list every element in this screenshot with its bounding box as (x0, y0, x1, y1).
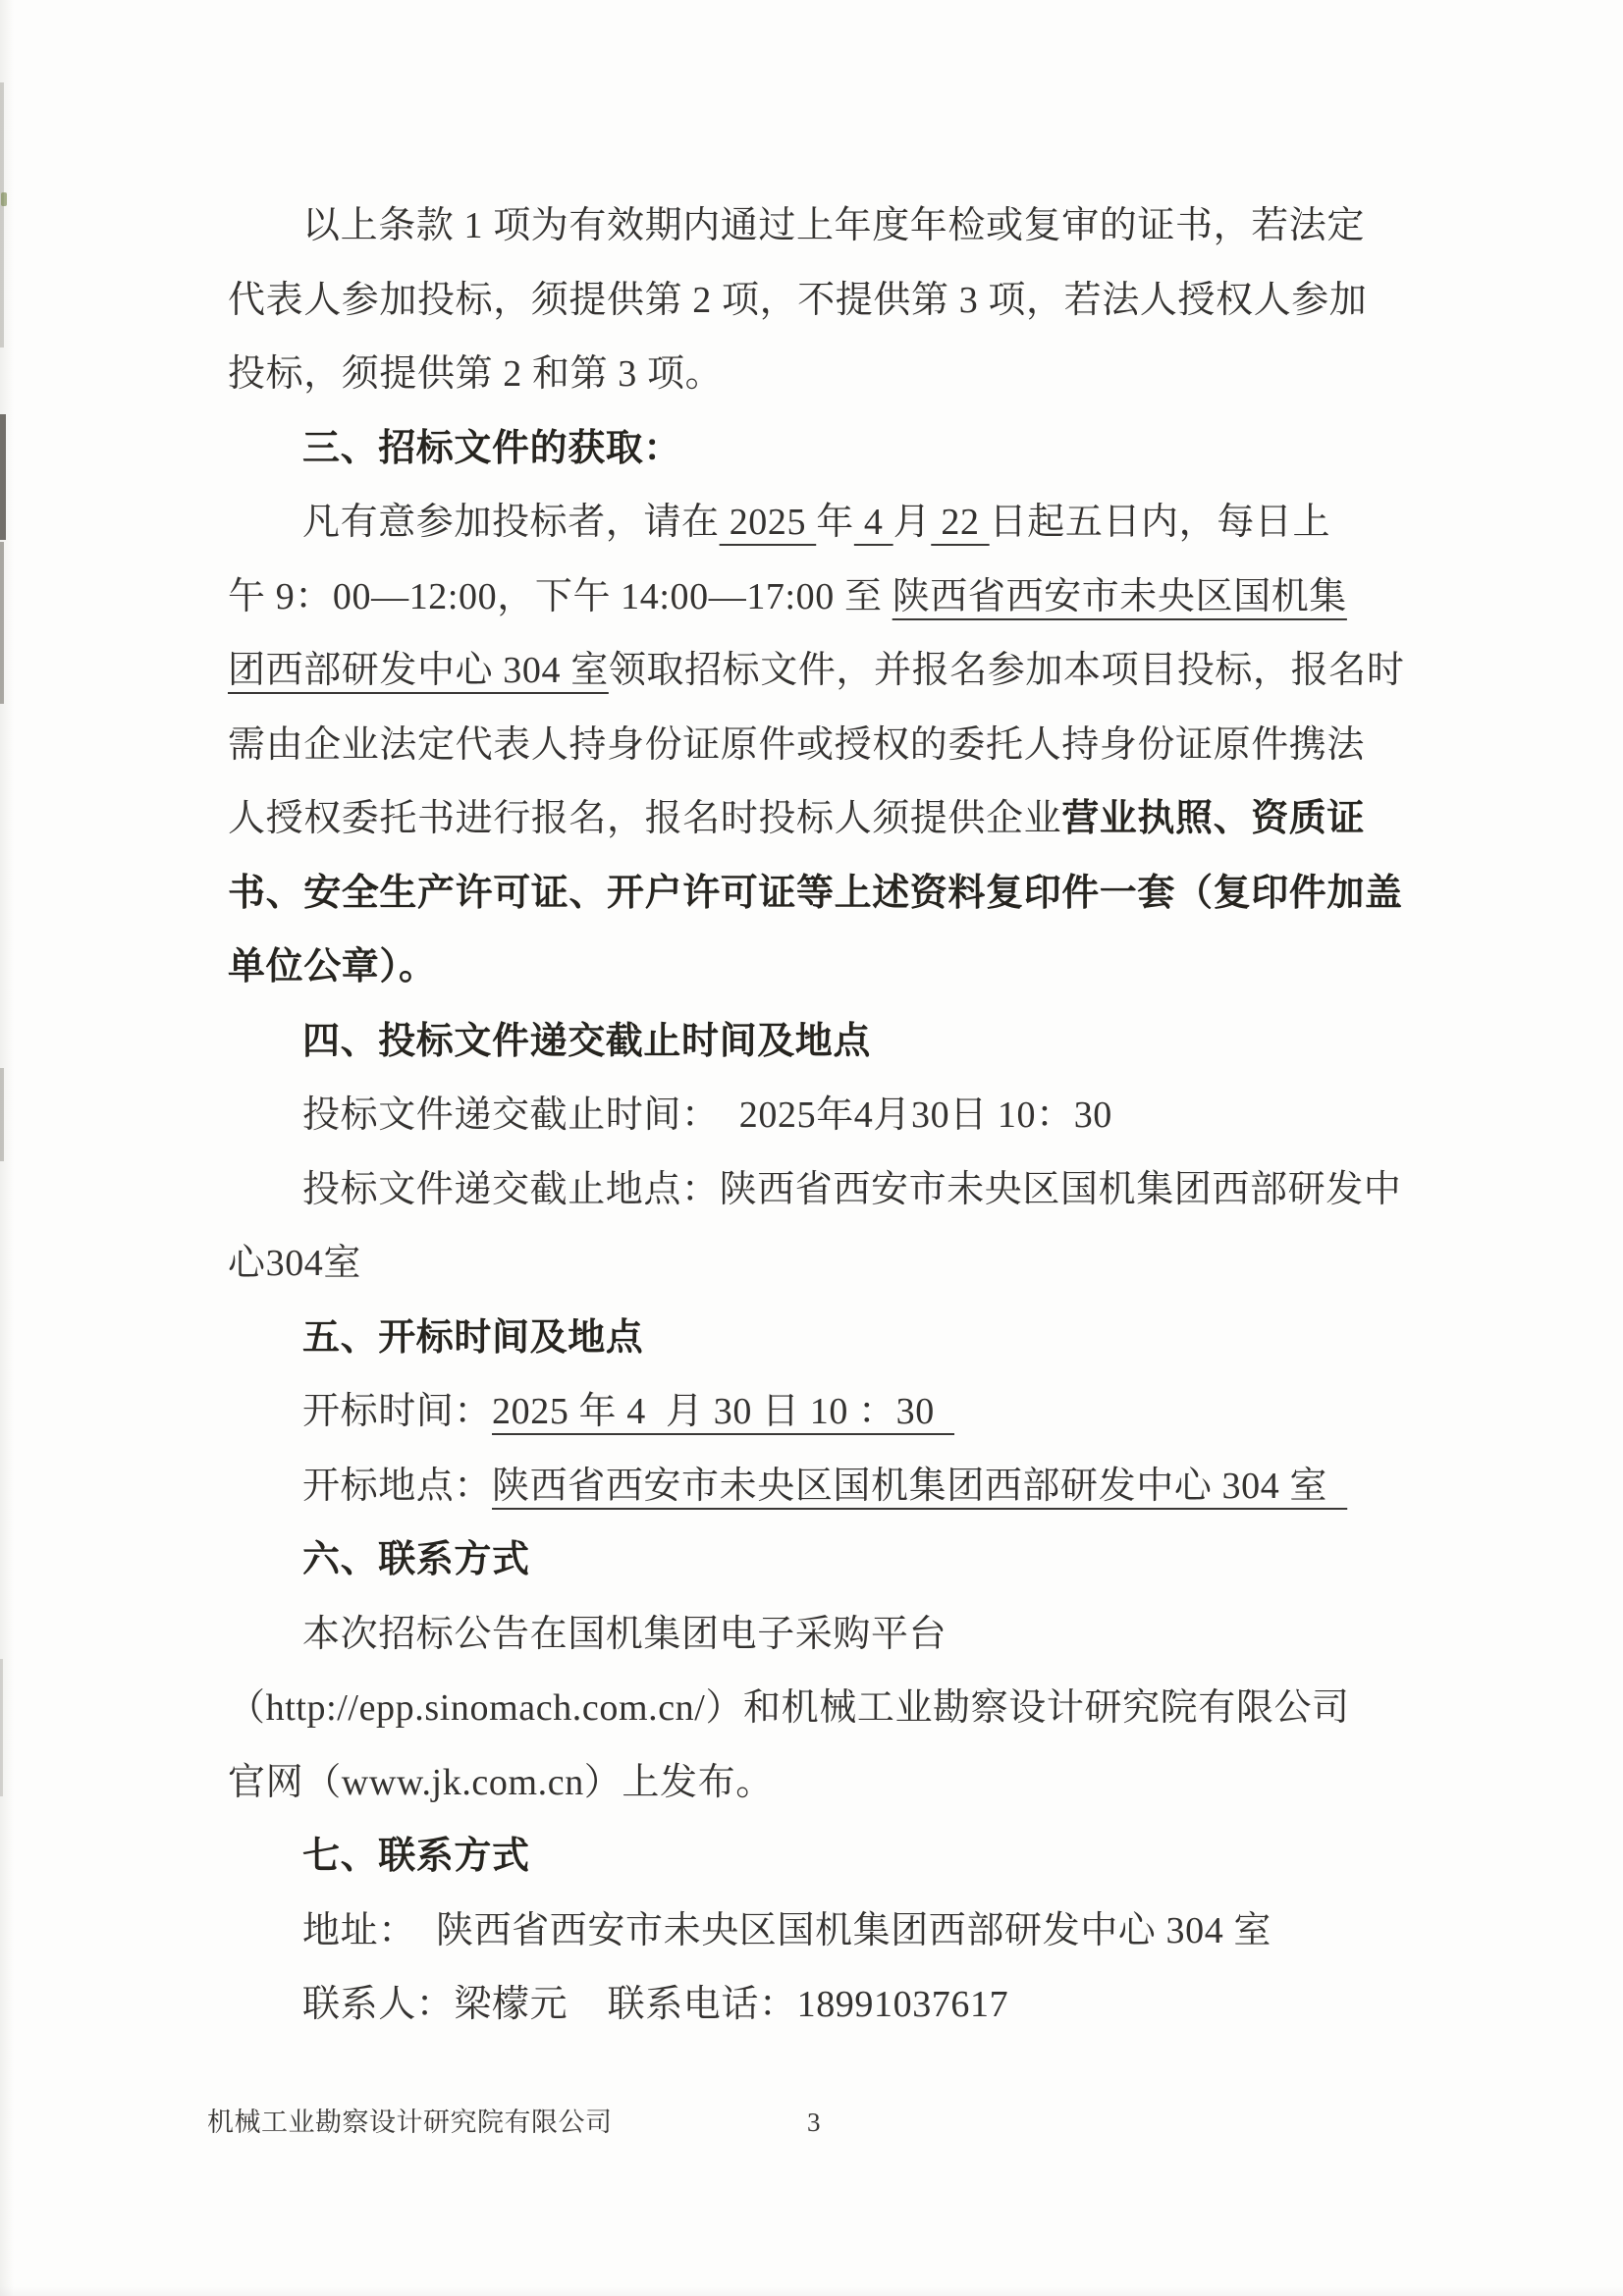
text-line: 书、安全生产许可证、开户许可证等上述资料复印件一套（复印件加盖 (228, 857, 1406, 932)
scanned-document-page: 以上条款 1 项为有效期内通过上年度年检或复审的证书，若法定代表人参加投标，须提… (0, 0, 1623, 2296)
text-run: 本次招标公告在国机集团电子采购平台 (302, 1614, 947, 1655)
scan-artifact (1, 192, 7, 206)
text-run: 人授权委托书进行报名，报名时投标人须提供企业 (228, 798, 1061, 839)
bold-text: 单位公章）。 (228, 946, 437, 988)
text-run: 午 9：00—12:00，下午 14:00—17:00 至 (228, 576, 893, 617)
section-heading: 七、联系方式 (228, 1820, 1406, 1895)
text-line: 本次招标公告在国机集团电子采购平台 (228, 1598, 1406, 1673)
section-heading: 五、开标时间及地点 (228, 1302, 1406, 1376)
text-line: 心304室 (228, 1227, 1406, 1302)
scan-artifact (0, 1659, 3, 1796)
text-run: （http://epp.sinomach.com.cn/）和机械工业勘察设计研究… (228, 1687, 1350, 1729)
text-line: 投标文件递交截止地点：陕西省西安市未央区国机集团西部研发中 (228, 1153, 1406, 1228)
text-run: 联系人：梁檬元 联系电话：18991037617 (302, 1984, 1008, 2025)
scan-artifact (0, 542, 4, 704)
footer-page-number: 3 (807, 2101, 821, 2144)
text-run: 开标时间： (302, 1391, 492, 1432)
scan-artifact (0, 82, 4, 347)
text-line: 单位公章）。 (228, 931, 1406, 1005)
text-line: 投标，须提供第 2 和第 3 项。 (228, 338, 1406, 412)
bold-text: 四、投标文件递交截止时间及地点 (302, 1021, 871, 1062)
text-line: 代表人参加投标，须提供第 2 项，不提供第 3 项，若法人授权人参加 (228, 264, 1406, 339)
text-line: 地址： 陕西省西安市未央区国机集团西部研发中心 304 室 (228, 1895, 1406, 1969)
text-line: 投标文件递交截止时间： 2025年4月30日 10：30 (228, 1079, 1406, 1153)
scan-artifact (0, 1068, 4, 1161)
text-run: 投标，须提供第 2 和第 3 项。 (228, 353, 723, 395)
bold-text: 三、招标文件的获取： (302, 428, 681, 469)
underlined-text: 4 (854, 502, 893, 543)
underlined-text: 2025 (720, 502, 817, 543)
text-run: 投标文件递交截止时间： 2025年4月30日 10：30 (302, 1095, 1112, 1136)
text-line: （http://epp.sinomach.com.cn/）和机械工业勘察设计研究… (228, 1672, 1406, 1746)
text-run: 地址： 陕西省西安市未央区国机集团西部研发中心 304 室 (302, 1910, 1271, 1951)
text-line: 官网（www.jk.com.cn）上发布。 (228, 1746, 1406, 1821)
underlined-text: 22 (931, 502, 989, 543)
section-heading: 六、联系方式 (228, 1523, 1406, 1598)
text-line: 开标地点：陕西省西安市未央区国机集团西部研发中心 304 室 (228, 1450, 1406, 1524)
text-run: 以上条款 1 项为有效期内通过上年度年检或复审的证书，若法定 (302, 205, 1365, 246)
text-run: 需由企业法定代表人持身份证原件或授权的委托人持身份证原件携法 (228, 724, 1365, 766)
text-line: 联系人：梁檬元 联系电话：18991037617 (228, 1968, 1406, 2043)
text-run: 月 (893, 502, 932, 543)
text-line: 开标时间：2025 年 4 月 30 日 10 ：30 (228, 1375, 1406, 1450)
text-run: 代表人参加投标，须提供第 2 项，不提供第 3 项，若法人授权人参加 (228, 280, 1367, 321)
bold-text: 六、联系方式 (302, 1539, 530, 1580)
text-run: 官网（www.jk.com.cn）上发布。 (228, 1762, 774, 1803)
text-run: 领取招标文件，并报名参加本项目投标，报名时 (609, 650, 1405, 691)
underlined-text: 陕西省西安市未央区国机集团西部研发中心 304 室 (492, 1466, 1347, 1507)
bold-text: 书、安全生产许可证、开户许可证等上述资料复印件一套（复印件加盖 (228, 873, 1403, 914)
text-run: 投标文件递交截止地点：陕西省西安市未央区国机集团西部研发中 (302, 1169, 1401, 1210)
document-body: 以上条款 1 项为有效期内通过上年度年检或复审的证书，若法定代表人参加投标，须提… (228, 189, 1406, 2043)
underlined-text: 陕西省西安市未央区国机集 (893, 576, 1347, 617)
bold-text: 营业执照、资质证 (1061, 798, 1365, 839)
scan-artifact (0, 414, 6, 540)
text-run: 日起五日内，每日上 (990, 502, 1330, 543)
text-line: 凡有意参加投标者，请在 2025 年 4 月 22 日起五日内，每日上 (228, 486, 1406, 561)
section-heading: 四、投标文件递交截止时间及地点 (228, 1005, 1406, 1080)
text-line: 以上条款 1 项为有效期内通过上年度年检或复审的证书，若法定 (228, 189, 1406, 264)
bold-text: 七、联系方式 (302, 1836, 530, 1877)
section-heading: 三、招标文件的获取： (228, 412, 1406, 487)
text-run: 心304室 (228, 1243, 361, 1284)
text-run: 年 (816, 502, 854, 543)
text-run: 凡有意参加投标者，请在 (302, 502, 720, 543)
text-line: 人授权委托书进行报名，报名时投标人须提供企业营业执照、资质证 (228, 782, 1406, 857)
text-line: 午 9：00—12:00，下午 14:00—17:00 至 陕西省西安市未央区国… (228, 561, 1406, 635)
page-footer: 机械工业勘察设计研究院有限公司 3 (0, 2101, 1623, 2144)
text-line: 团西部研发中心 304 室领取招标文件，并报名参加本项目投标，报名时 (228, 634, 1406, 709)
bold-text: 五、开标时间及地点 (302, 1317, 643, 1359)
text-line: 需由企业法定代表人持身份证原件或授权的委托人持身份证原件携法 (228, 709, 1406, 783)
footer-company: 机械工业勘察设计研究院有限公司 (207, 2101, 613, 2144)
text-run: 开标地点： (302, 1466, 492, 1507)
underlined-text: 团西部研发中心 304 室 (228, 650, 609, 691)
underlined-text: 2025 年 4 月 30 日 10 ：30 (492, 1391, 954, 1432)
